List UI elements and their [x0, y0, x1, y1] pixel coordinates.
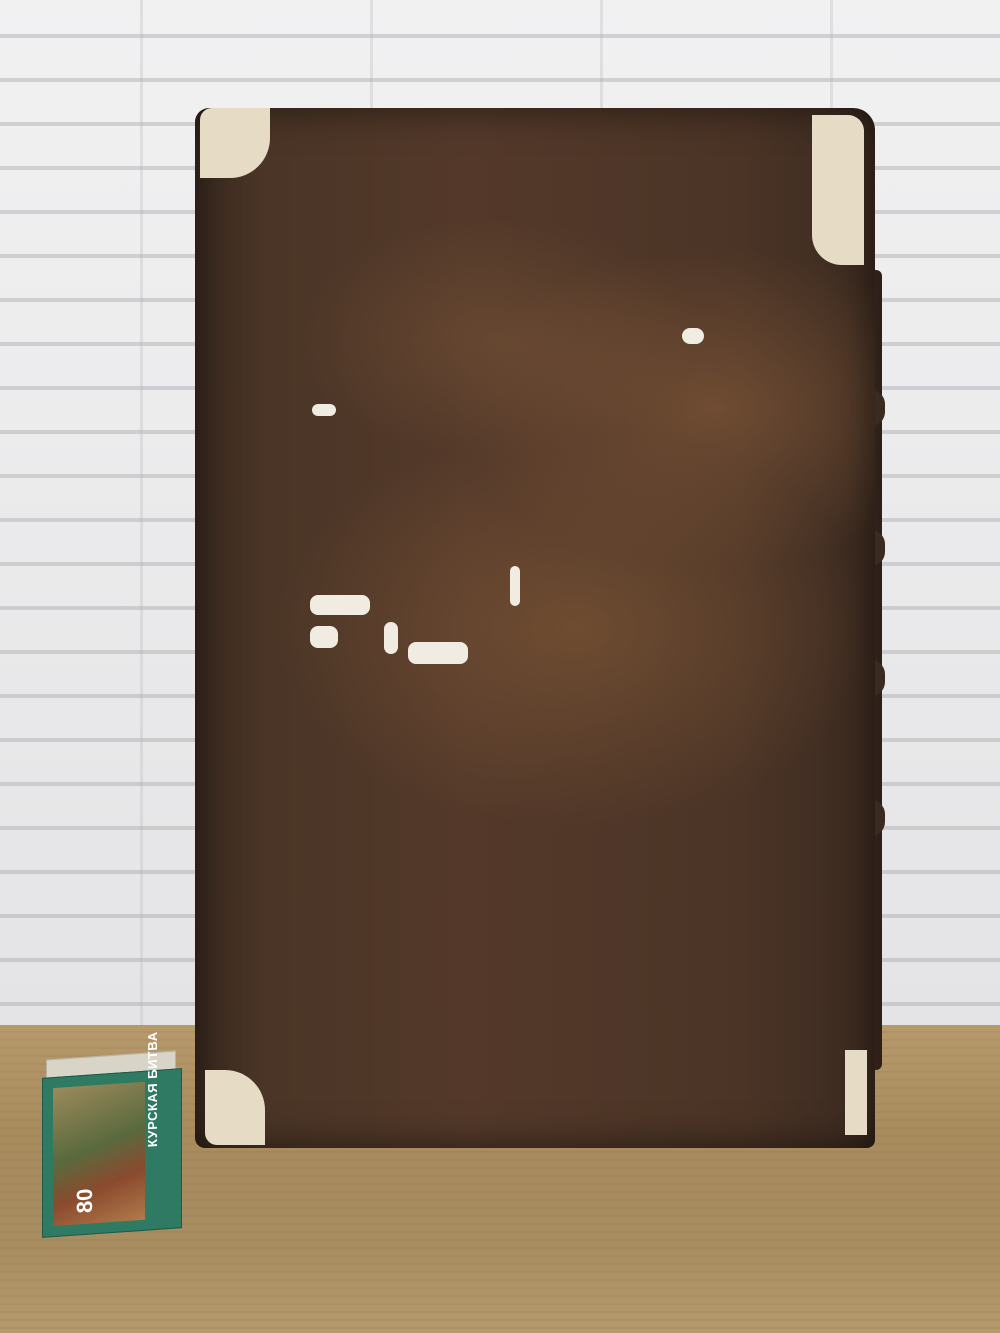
wormhole-damage: [310, 626, 338, 648]
matchbox-title: КУРСКАЯ БИТВА: [145, 1031, 160, 1148]
wormhole-damage: [310, 595, 370, 615]
wormhole-damage: [312, 404, 336, 416]
wormhole-damage: [408, 642, 468, 664]
matchbox-label: КУРСКАЯ БИТВА 80: [42, 1068, 182, 1238]
leather-book-cover: [195, 108, 875, 1148]
worn-corner: [812, 115, 864, 265]
wormhole-damage: [384, 622, 398, 654]
worn-corner: [845, 1050, 867, 1135]
wormhole-damage: [510, 566, 520, 606]
matchbox: КУРСКАЯ БИТВА 80: [42, 1050, 182, 1240]
matchbox-number: 80: [72, 1188, 98, 1214]
matchbox-painting: [53, 1082, 145, 1226]
wormhole-damage: [682, 328, 704, 344]
